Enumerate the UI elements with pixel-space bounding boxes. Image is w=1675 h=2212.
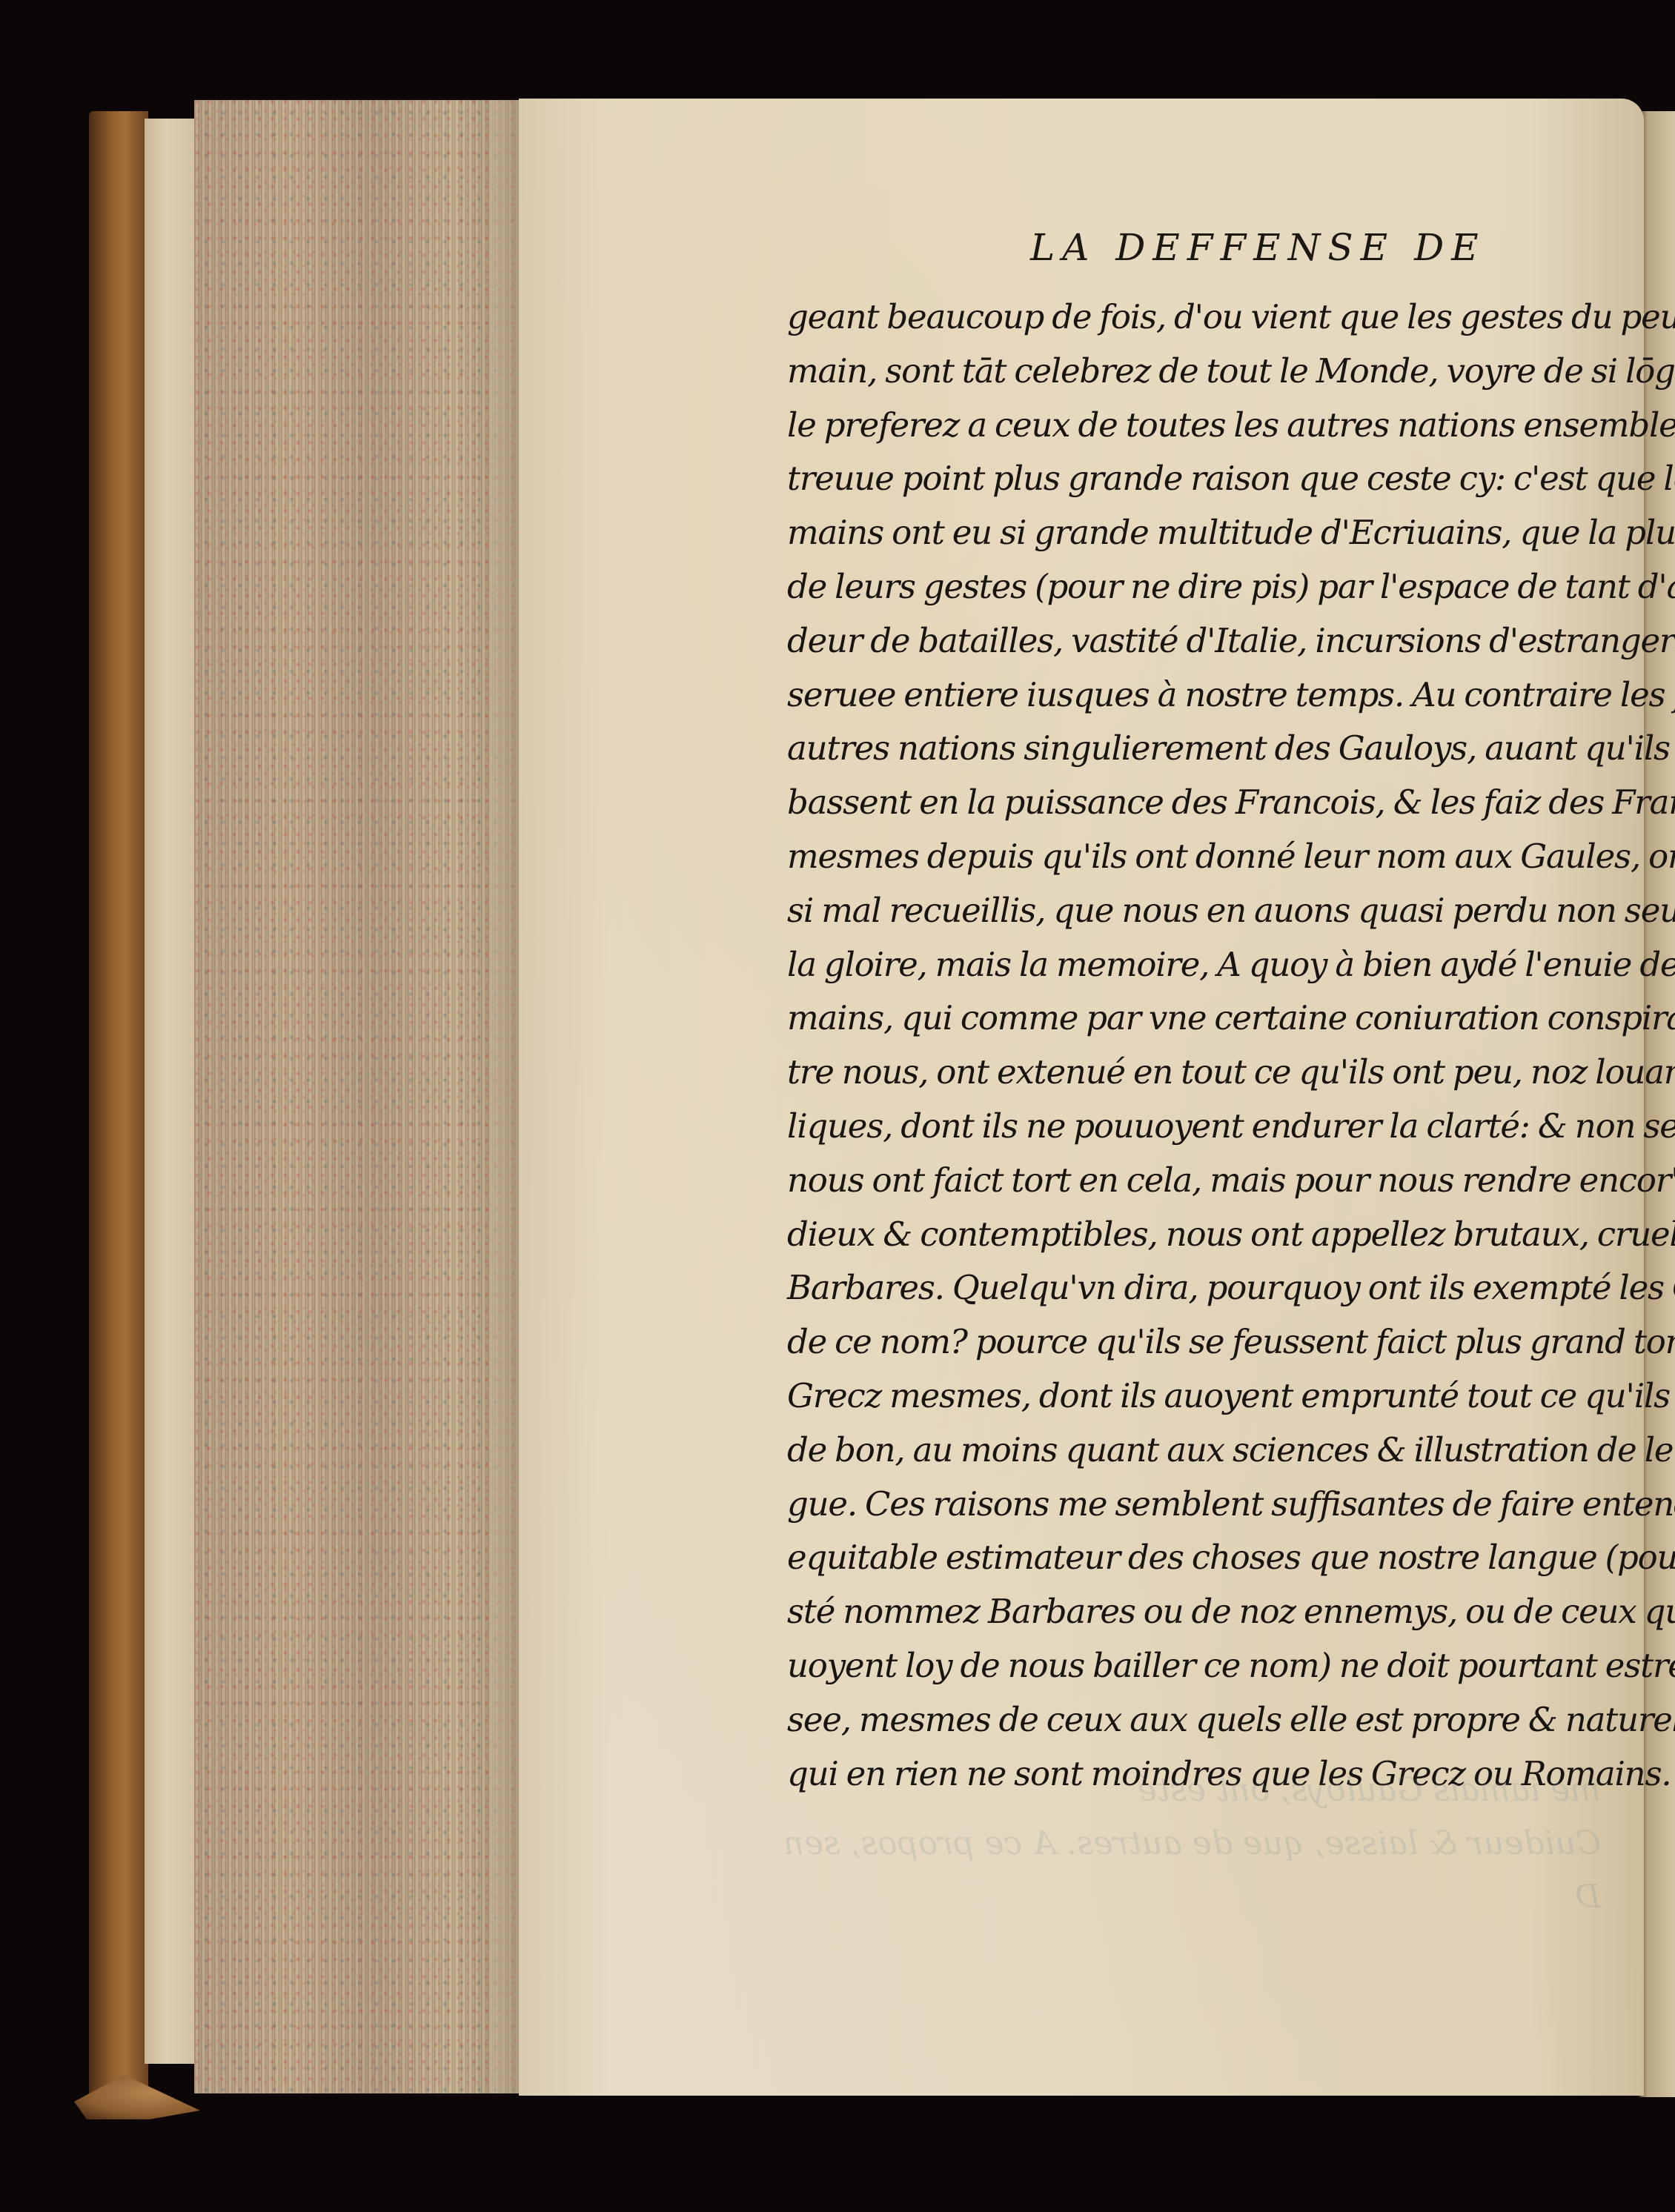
- text-line: de ce nom? pource qu'ils se feussent fai…: [787, 1315, 1639, 1369]
- text-line: geant beaucoup de fois, d'ou vient que l…: [787, 290, 1639, 345]
- text-line: bassent en la puissance des Francois, & …: [787, 776, 1639, 830]
- book-photograph: LA DEFFENSE DE geant beaucoup de fois, d…: [0, 0, 1675, 2212]
- bleed-through-text: me iamais Gauloys, ont esté Cuideur & la…: [800, 1764, 1601, 1924]
- body-text: geant beaucoup de fois, d'ou vient que l…: [787, 290, 1639, 1801]
- text-line: Barbares. Quelqu'vn dira, pourquoy ont i…: [787, 1261, 1639, 1315]
- bleed-through-line: D: [800, 1870, 1601, 1924]
- text-line: deur de batailles, vastité d'Italie, inc…: [787, 614, 1639, 668]
- text-line: mesmes depuis qu'ils ont donné leur nom …: [787, 830, 1639, 884]
- text-line: mains, qui comme par vne certaine coniur…: [787, 992, 1639, 1046]
- text-line: main, sont tāt celebrez de tout le Monde…: [787, 345, 1639, 399]
- text-line: seruee entiere iusques à nostre temps. A…: [787, 668, 1639, 723]
- text-line: de leurs gestes (pour ne dire pis) par l…: [787, 560, 1639, 614]
- flyleaf: [145, 119, 199, 2064]
- text-line: la gloire, mais la memoire, A quoy à bie…: [787, 938, 1639, 992]
- sprinkled-page-edges: [194, 100, 520, 2093]
- text-line: Grecz mesmes, dont ils auoyent emprunté …: [787, 1369, 1639, 1424]
- bleed-through-line: me iamais Gauloys, ont esté: [800, 1764, 1601, 1817]
- text-line: sté nommez Barbares ou de noz ennemys, o…: [787, 1585, 1639, 1639]
- text-line: de bon, au moins quant aux sciences & il…: [787, 1424, 1639, 1478]
- text-line: si mal recueillis, que nous en auons qua…: [787, 884, 1639, 938]
- text-line: liques, dont ils ne pouuoyent endurer la…: [787, 1100, 1639, 1154]
- text-line: tre nous, ont extenué en tout ce qu'ils …: [787, 1046, 1639, 1100]
- text-line: uoyent loy de nous bailler ce nom) ne do…: [787, 1639, 1639, 1693]
- text-line: autres nations singulierement des Gauloy…: [787, 722, 1639, 776]
- running-head: LA DEFFENSE DE: [1030, 226, 1460, 269]
- text-line: equitable estimateur des choses que nost…: [787, 1531, 1639, 1585]
- text-line: le preferez a ceux de toutes les autres …: [787, 399, 1639, 453]
- text-line: mains ont eu si grande multitude d'Ecriu…: [787, 506, 1639, 560]
- bleed-through-line: Cuideur & laisse, que de autres. A ce pr…: [800, 1817, 1601, 1870]
- text-line: nous ont faict tort en cela, mais pour n…: [787, 1154, 1639, 1208]
- text-line: treuue point plus grande raison que cest…: [787, 452, 1639, 506]
- text-line: see, mesmes de ceux aux quels elle est p…: [787, 1693, 1639, 1747]
- text-line: dieux & contemptibles, nous ont appellez…: [787, 1208, 1639, 1262]
- leather-binding: [89, 111, 148, 2105]
- text-line: gue. Ces raisons me semblent suffisantes…: [787, 1478, 1639, 1532]
